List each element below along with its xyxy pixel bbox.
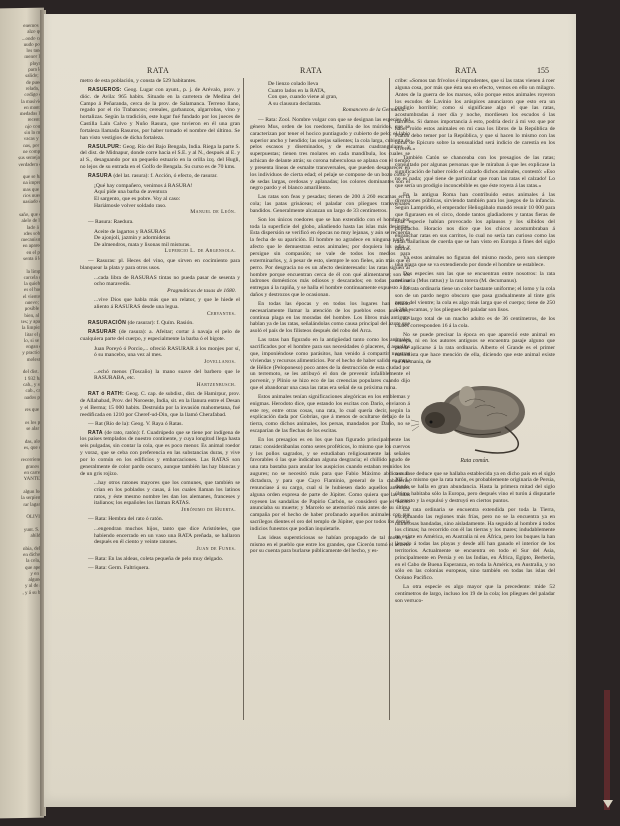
paragraph: La otra especie es algo mayor que la pre… xyxy=(395,584,555,605)
quote-text: ...vive Dios que habla más que un relato… xyxy=(94,297,240,310)
verse-line: Hariámosle volver soldado raso. xyxy=(94,203,240,210)
paragraph: También Catón se chanceaba con los presa… xyxy=(395,155,555,189)
subentry-zoology: — Rata: Zool. Nombre vulgar con que se d… xyxy=(250,117,410,192)
quote-attribution: Lupercio L. de Argensola. xyxy=(94,248,236,255)
paragraph: En la antigua Roma han contribuido estos… xyxy=(395,192,555,254)
verse-quote: ¡Qué hay compañero, venimos á RASURA! Aq… xyxy=(94,183,240,216)
paragraph: Son los únicos roedores que se han exten… xyxy=(250,217,410,299)
subentry: — Rasura: Raedura. xyxy=(80,219,240,226)
quote-text: ...cada libra de RASURAS tintas no pueda… xyxy=(94,275,240,288)
paragraph: En los presagios es en los que han figur… xyxy=(250,437,410,533)
headword: RASURACIÓN xyxy=(88,320,126,326)
previous-page-edge: enemos se alzo que ...ondo con nudo poes… xyxy=(0,8,44,819)
headword: RASURA xyxy=(88,173,112,179)
headword: RASUEROS: xyxy=(88,87,122,93)
verse-line: De lienzo colado lleva xyxy=(268,81,410,88)
prose-quote: ...engendran muchos hijos, tanto que dic… xyxy=(94,526,240,552)
prose-quote: ...echó menos (Toscaño) la mano suave de… xyxy=(94,369,240,389)
quote-text: ...echó menos (Toscaño) la mano suave de… xyxy=(94,369,240,382)
paragraph: Ya estos animales no figuran del mismo m… xyxy=(395,255,555,269)
verse-quote: De lienzo colado lleva Cuatro lados en l… xyxy=(268,81,410,114)
verse-quote: Aceite de lagartos y RASURAS De ajonjolí… xyxy=(94,229,240,255)
entry-rata: RATA (de rato, ratón): f. Cuadrúpedo que… xyxy=(80,430,240,478)
running-head-left: RATA xyxy=(147,66,169,75)
subentry: — Rata: Hembra del rato ó ratón. xyxy=(80,516,240,523)
verse-line: Aceite de lagartos y RASURAS xyxy=(94,229,240,236)
paragraph: En todas las épocas y en todos los lugar… xyxy=(250,301,410,335)
paragraph: Estos animales tenían significaciones al… xyxy=(250,394,410,435)
quote-attribution: Hartzenbusch. xyxy=(94,382,236,389)
quote-attribution: Romancero de la Germanía. xyxy=(268,107,406,114)
paragraph: Las ideas supersticiosas se habían propa… xyxy=(250,535,410,556)
paragraph: metro de esta población, y consta de 529… xyxy=(80,78,240,85)
prose-quote: Juan Poreyó ó Porcio,... ofreció RASURAR… xyxy=(94,346,240,366)
paragraph: Las ratas han figurado en la antigüedad … xyxy=(250,337,410,392)
headword: RASURAR xyxy=(88,329,116,335)
quote-attribution: Pragmáticas de tasas de 1680. xyxy=(94,288,236,295)
bookmark-tip xyxy=(603,800,613,808)
verse-line: Con que, cuando viene al gran, xyxy=(268,94,410,101)
subentry: — Rat (Río de la): Geog. V. Raya ó Ratas… xyxy=(80,421,240,428)
entry-rat: RAT ó RATH: Geog. C. cap. de subdist., d… xyxy=(80,391,240,418)
subentry: — Rata: En las aldeas, coleta pequeña de… xyxy=(80,556,240,563)
paragraph: Dos especies son las que se encuentran e… xyxy=(395,271,555,285)
paragraph: o cual se deduce que se hallaba establec… xyxy=(395,471,555,505)
running-head-right: RATA xyxy=(455,66,477,75)
rat-illustration-icon xyxy=(405,372,545,456)
quote-text: ...hay otros ratones mayores que los com… xyxy=(94,480,240,506)
quote-attribution: Cervantes. xyxy=(94,311,236,318)
prose-quote: ...vive Dios que habla más que un relato… xyxy=(94,297,240,317)
quote-text: Juan Poreyó ó Porcio,... ofreció RASURAR… xyxy=(94,346,240,359)
verse-line: El sargento, que es pobre. Voy al caso: xyxy=(94,196,240,203)
verse-line: De almendros, mata y lisonas mil mistura… xyxy=(94,242,240,249)
entry-rasura: RASURA (del lat. rasura): f. Acción, ó e… xyxy=(80,173,240,180)
column-rule-1 xyxy=(243,78,244,720)
prose-quote: ...cada libra de RASURAS tintas no pueda… xyxy=(94,275,240,295)
entry-rasuracion: RASURACIÓN (de rasurar): f. Quím. Rasión… xyxy=(80,320,240,327)
paragraph: cribe: «Somos tan frívolos é imprudentes… xyxy=(395,78,555,153)
page-number: 155 xyxy=(537,66,549,75)
previous-page-text-fragment: enemos se alzo que ...ondo con nudo poes… xyxy=(0,8,44,598)
quote-attribution: Juan de Funes. xyxy=(94,546,236,553)
quote-attribution: Jerónimo de Huerta. xyxy=(94,507,236,514)
verse-line: A su clausura declarata. xyxy=(268,101,410,108)
column-2: De lienzo colado lleva Cuatro lados en l… xyxy=(250,78,410,557)
entry-rasueros: RASUEROS: Geog. Lugar con ayunt., p. j. … xyxy=(80,87,240,142)
entry-text: Geog. Lugar con ayunt., p. j. de Arévalo… xyxy=(80,87,240,141)
subentry: — Rata: Germ. Faltriquera. xyxy=(80,565,240,572)
rat-engraving-figure xyxy=(405,372,545,456)
entry-text: (de rasurar): f. Quím. Rasión. xyxy=(126,320,193,326)
verse-line: De ajonjolí, jazmín y adormideras xyxy=(94,235,240,242)
headword: RAT ó RATH: xyxy=(88,391,124,397)
verse-line: Aquí pide una barba de aventura xyxy=(94,189,240,196)
running-head-center: RATA xyxy=(300,66,322,75)
paragraph: El largo total de un macho adulto es de … xyxy=(395,316,555,330)
verse-line: Cuatro lados en la RATA, xyxy=(268,88,410,95)
entry-rasurar: RASURAR (de rasura): a. Afeitar; cortar … xyxy=(80,329,240,343)
bookmark-ribbon xyxy=(604,690,610,810)
entry-text: (de rato, ratón): f. Cuadrúpedo que se t… xyxy=(80,430,240,477)
subentry: — Rasuras: pl. Heces del vino, que sirve… xyxy=(80,258,240,272)
paragraph: La rata ordinaria tiene un color bastant… xyxy=(395,286,555,313)
prose-quote: ...hay otros ratones mayores que los com… xyxy=(94,480,240,513)
figure-caption: Rata común. xyxy=(395,458,555,465)
quote-attribution: Jovellanos. xyxy=(94,359,236,366)
quote-text: ...engendran muchos hijos, tanto que dic… xyxy=(94,526,240,546)
entry-rasulpur: RASULPUR: Geog. Río del Bajo Bengala, In… xyxy=(80,144,240,171)
column-1: metro de esta población, y consta de 529… xyxy=(80,78,240,573)
quote-attribution: Manuel de León. xyxy=(94,209,236,216)
headword: RASULPUR: xyxy=(88,144,121,150)
entry-text: (del lat. rasura): f. Acción, ó efecto, … xyxy=(112,173,218,179)
paragraph: No se puede precisar la época en que apa… xyxy=(395,332,555,366)
verse-line: ¡Qué hay compañero, venimos á RASURA! xyxy=(94,183,240,190)
column-3: cribe: «Somos tan frívolos é imprudentes… xyxy=(395,78,555,607)
paragraph: Las ratas son feas y pesadas; tienen de … xyxy=(250,194,410,215)
headword: RATA xyxy=(88,430,103,436)
paragraph: La rata ordinaria se encuentra extendida… xyxy=(395,507,555,582)
